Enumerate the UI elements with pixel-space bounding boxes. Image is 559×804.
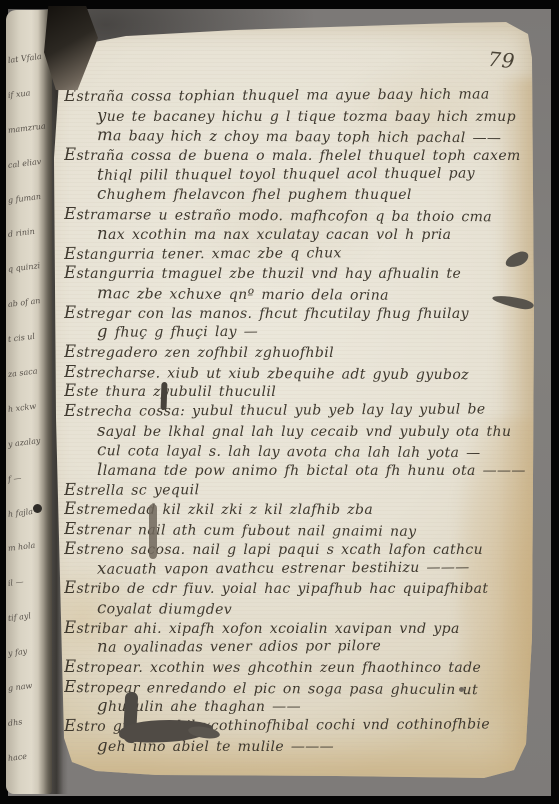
manuscript-line: g fhuç g fhuçi lay —	[64, 319, 526, 342]
manuscript-line: Estramarse u estraño modo. mafhcofon q b…	[64, 204, 526, 226]
manuscript-line: coyalat diumgdev	[64, 598, 526, 620]
manuscript-page: 79 Estraña cossa tophian thuquel ma ayue…	[36, 18, 536, 784]
manuscript-line: na oyalinadas vener adios por pilore	[64, 634, 526, 657]
manuscript-line: Estro guto cothil xcothinofhibal cochi v…	[64, 713, 526, 736]
manuscript-line: Estrella sc yequil	[64, 477, 526, 500]
manuscript-line: Estropear enredando el pic on soga pasa …	[64, 677, 526, 699]
manuscript-line: sayal be lkhal gnal lah luy cecaib vnd y…	[64, 421, 526, 441]
manuscript-text: Estraña cossa tophian thuquel ma ayue ba…	[64, 86, 526, 762]
manuscript-line: Estrecharse. xiub ut xiub zbequihe adt g…	[64, 362, 526, 384]
manuscript-line: Estrecha cossa: yubul thucul yub yeb lay…	[64, 398, 526, 421]
manuscript-line: thiql pilil thuquel toyol thuquel acol t…	[64, 162, 526, 185]
manuscript-line: mac zbe xchuxe qnº mario dela orina	[64, 283, 526, 305]
manuscript-line: ma baay hich z choy ma baay toph hich pa…	[64, 125, 526, 147]
manuscript-line: cul cota layal s. lah lay avota cha lah …	[64, 440, 526, 462]
manuscript-line: yue te bacaney hichu g l tique tozma baa…	[64, 106, 526, 126]
manuscript-line: Estribo de cdr fiuv. yoial hac yipafhub …	[64, 578, 526, 598]
manuscript-line: Estangurria tener. xmac zbe q chux	[64, 241, 526, 264]
manuscript-line: Estregadero zen zofhbil zghuofhbil	[64, 342, 526, 362]
manuscript-line: Estangurria tmaguel zbe thuzil vnd hay a…	[64, 263, 526, 283]
manuscript-line: geh ilino abiel te mulile ———	[64, 736, 526, 756]
page-number: 79	[487, 47, 516, 73]
manuscript-line: Estreno sacosa. nail g lapi paqui s xcat…	[64, 539, 526, 559]
manuscript-line: Estremedad kil zkil zki z kil zlafhib zb…	[64, 499, 526, 519]
manuscript-line: nax xcothin ma nax xculatay cacan vol h …	[64, 224, 526, 244]
manuscript-line: Estropear. xcothin wes ghcothin zeun fha…	[64, 657, 526, 677]
manuscript-line: Estrenar nail ath cum fubout nail gnaimi…	[64, 519, 526, 541]
manuscript-line: xacuath vapon avathcu estrenar bestihizu…	[64, 556, 526, 579]
manuscript-line: chughem fhelavcon fhel pughem thuquel	[64, 184, 526, 204]
manuscript-photo: lat Vfalaif xuamamzruacal eliavg fumand …	[0, 0, 559, 804]
manuscript-line: Estraña cossa tophian thuquel ma ayue ba…	[64, 86, 526, 106]
